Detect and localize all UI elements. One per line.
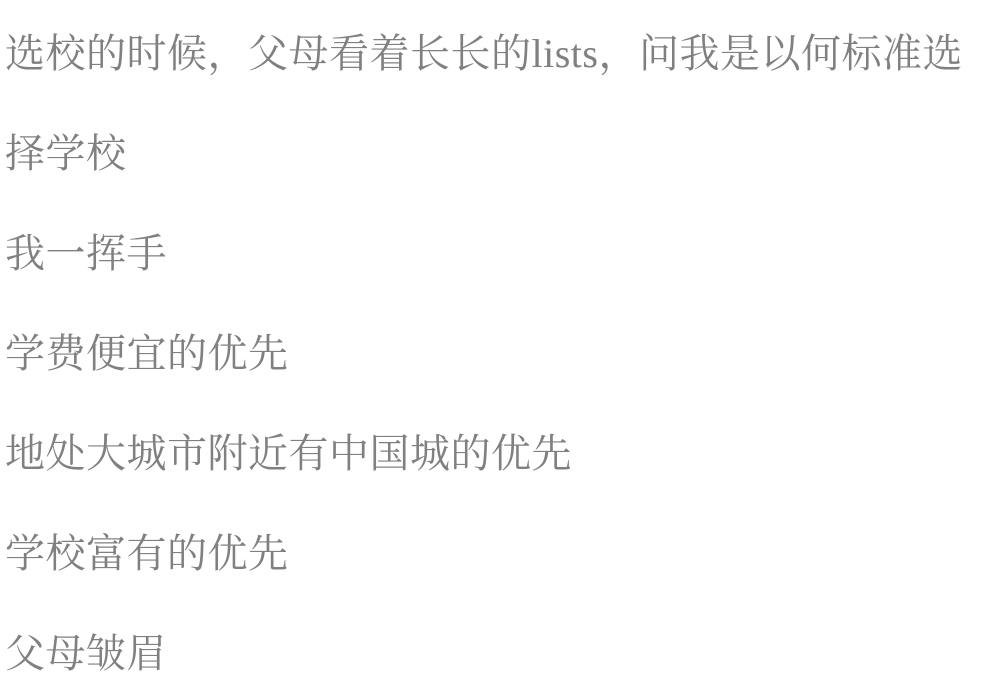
document-page: 选校的时候，父母看着长长的lists，问我是以何标准选 择学校 我一挥手 学费便… [0, 0, 1000, 700]
text-line: 父母皱眉 [5, 600, 995, 700]
text-line: 我一挥手 [5, 200, 995, 300]
text-line: 学校富有的优先 [5, 500, 995, 600]
text-line: 选校的时候，父母看着长长的lists，问我是以何标准选 [5, 0, 995, 100]
text-line: 学费便宜的优先 [5, 300, 995, 400]
text-line: 地处大城市附近有中国城的优先 [5, 400, 995, 500]
text-line: 择学校 [5, 100, 995, 200]
